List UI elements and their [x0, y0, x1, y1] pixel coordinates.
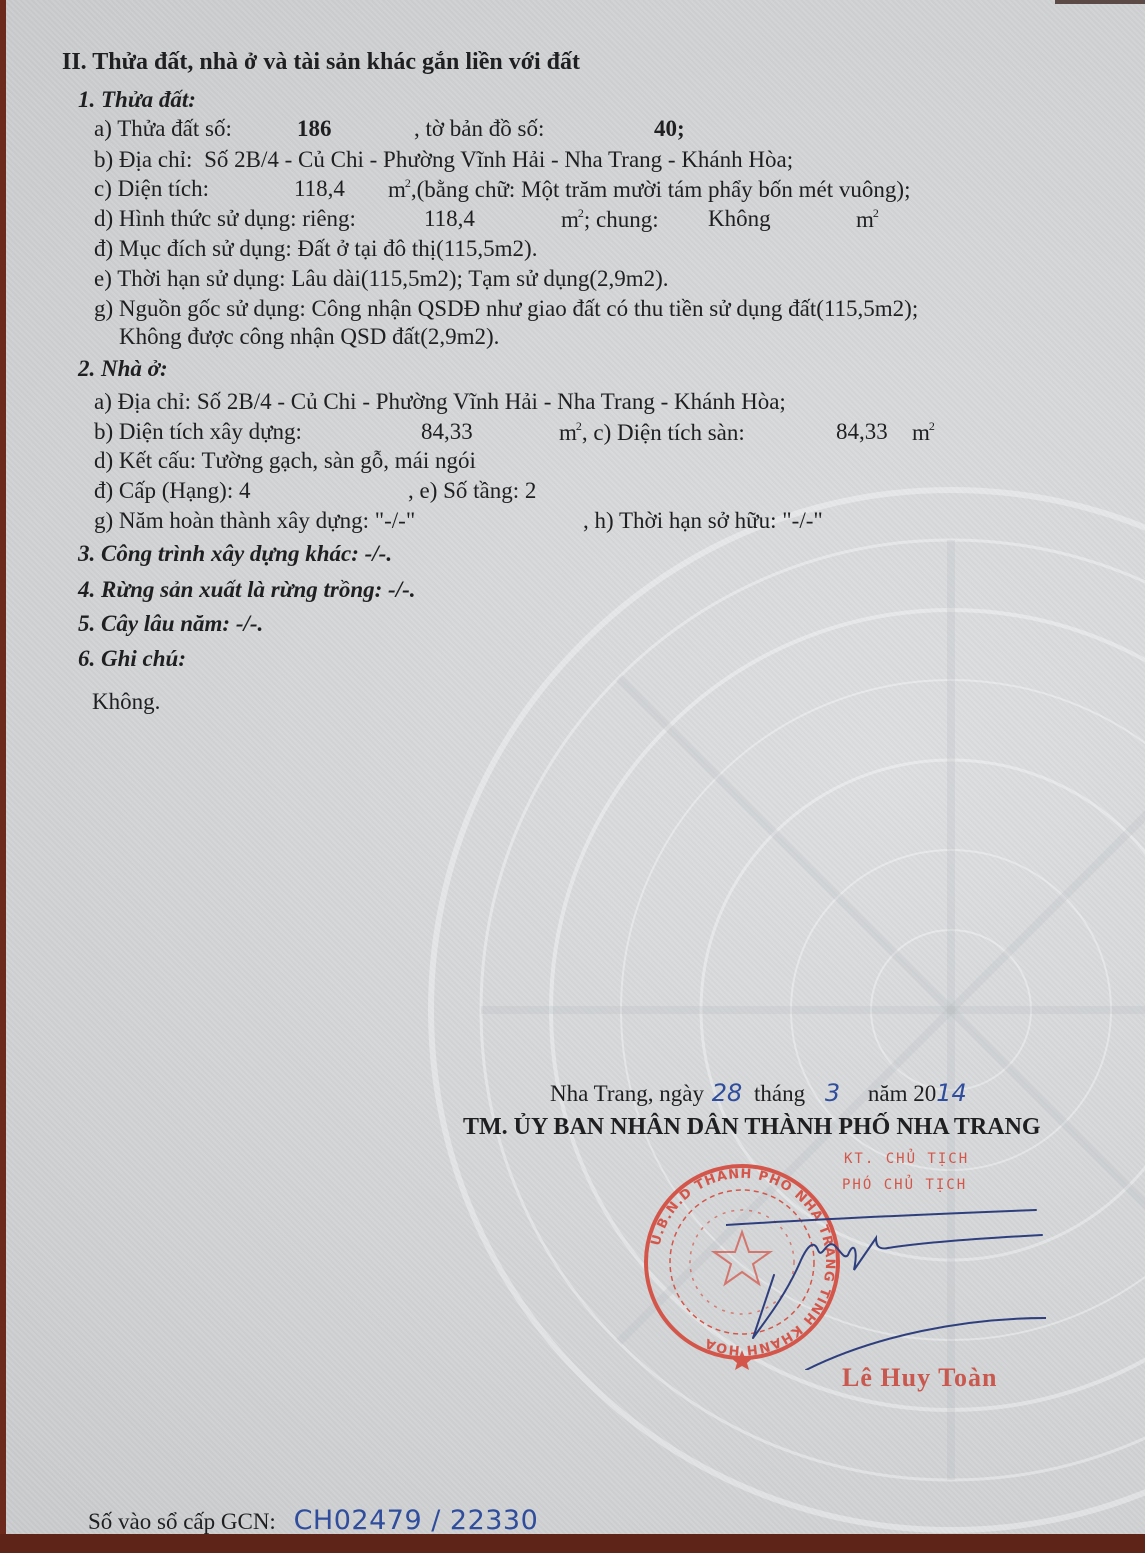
signer-title-line1: KT. CHỦ TỊCH — [844, 1152, 969, 1166]
map-sheet-label: , tờ bản đồ số: — [414, 117, 544, 140]
certificate-page: II. Thửa đất, nhà ở và tài sản khác gắn … — [6, 0, 1145, 1534]
completion-row: g) Năm hoàn thành xây dựng: "-/-" , h) T… — [94, 509, 415, 532]
house-floors: , e) Số tầng: 2 — [408, 479, 536, 502]
house-area-row: b) Diện tích xây dựng: 84,33 m2, c) Diện… — [94, 420, 302, 443]
usage-common-value: Không — [708, 207, 771, 230]
floor-area-label: , c) Diện tích sàn: — [582, 420, 745, 445]
date-year-label: năm 20 — [868, 1081, 936, 1106]
usage-common-group: m2; chung: — [561, 207, 659, 231]
ownership-term: , h) Thời hạn sở hữu: "-/-" — [583, 509, 823, 532]
land-area-value: 118,4 — [294, 177, 345, 200]
house-grade: đ) Cấp (Hạng): 4 — [94, 478, 251, 503]
section-title: II. Thửa đất, nhà ở và tài sản khác gắn … — [62, 50, 580, 74]
land-origin-line1: g) Nguồn gốc sử dụng: Công nhận QSDĐ như… — [94, 297, 918, 320]
parcel-label: a) Thửa đất số: — [94, 116, 232, 141]
perennial-trees: 5. Cây lâu năm: -/-. — [78, 612, 263, 635]
registry-row: Số vào sổ cấp GCN: CH02479 / 22330 — [88, 1507, 538, 1534]
floor-area-value: 84,33 — [836, 420, 888, 443]
land-address-value: Số 2B/4 - Củ Chi - Phường Vĩnh Hải - Nha… — [204, 147, 793, 172]
issuing-authority: TM. ỦY BAN NHÂN DÂN THÀNH PHỐ NHA TRANG — [463, 1115, 1041, 1139]
land-area-words: ,(bằng chữ: Một trăm mười tám phẩy bốn m… — [411, 177, 911, 202]
house-address: a) Địa chỉ: Số 2B/4 - Củ Chi - Phường Vĩ… — [94, 390, 786, 413]
notes-heading: 6. Ghi chú: — [78, 647, 186, 670]
registry-label: Số vào sổ cấp GCN: — [88, 1509, 276, 1534]
background-edge — [1055, 0, 1145, 4]
date-year-suffix: 14 — [936, 1079, 967, 1107]
signature-icon — [726, 1200, 1046, 1370]
parcel-row: a) Thửa đất số: 186 , tờ bản đồ số: 40; — [94, 117, 232, 140]
land-area-label: c) Diện tích: — [94, 176, 209, 201]
land-address-row: b) Địa chỉ: Số 2B/4 - Củ Chi - Phường Vĩ… — [94, 148, 793, 171]
grade-floors-row: đ) Cấp (Hạng): 4 , e) Số tầng: 2 — [94, 479, 251, 502]
house-completion: g) Năm hoàn thành xây dựng: "-/-" — [94, 508, 415, 533]
registry-number: CH02479 / 22330 — [294, 1505, 539, 1534]
usage-private-value: 118,4 — [424, 207, 475, 230]
date-month: 3 — [825, 1079, 840, 1107]
land-purpose: đ) Mục đích sử dụng: Đất ở tại đô thị(11… — [94, 237, 537, 260]
signer-title-line2: PHÓ CHỦ TỊCH — [842, 1178, 967, 1192]
signer-name: Lê Huy Toàn — [842, 1365, 998, 1391]
usage-common-label: ; chung: — [584, 207, 659, 232]
land-area-row: c) Diện tích: 118,4 m2,(bằng chữ: Một tr… — [94, 177, 209, 200]
date-prefix: Nha Trang, ngày — [550, 1081, 704, 1106]
notes-value: Không. — [92, 690, 160, 713]
build-area-value: 84,33 — [421, 420, 473, 443]
floor-area-group: m2, c) Diện tích sàn: — [559, 420, 745, 444]
land-address-label: b) Địa chỉ: — [94, 147, 192, 172]
floor-area-unit: m2 — [912, 420, 935, 444]
date-month-label: tháng — [754, 1081, 805, 1106]
land-origin-line2: Không được công nhận QSD đất(2,9m2). — [119, 325, 499, 348]
issue-date: Nha Trang, ngày 28 tháng 3 năm 2014 — [550, 1081, 967, 1105]
house-structure: d) Kết cấu: Tường gạch, sàn gỗ, mái ngói — [94, 449, 476, 472]
house-heading: 2. Nhà ở: — [78, 357, 168, 380]
land-heading: 1. Thửa đất: — [78, 88, 196, 111]
production-forest: 4. Rừng sản xuất là rừng trồng: -/-. — [78, 578, 416, 601]
date-day: 28 — [712, 1079, 743, 1107]
map-sheet-number: 40; — [654, 117, 685, 140]
usage-form-row: d) Hình thức sử dụng: riêng: 118,4 m2; c… — [94, 207, 356, 230]
parcel-number: 186 — [297, 117, 332, 140]
land-area-unit: m2,(bằng chữ: Một trăm mười tám phẩy bốn… — [388, 177, 910, 201]
land-term: e) Thời hạn sử dụng: Lâu dài(115,5m2); T… — [94, 267, 669, 290]
usage-common-unit: m2 — [856, 207, 879, 231]
drum-watermark-icon — [401, 460, 1145, 1534]
other-works: 3. Công trình xây dựng khác: -/-. — [78, 542, 392, 565]
usage-form-label: d) Hình thức sử dụng: riêng: — [94, 206, 356, 231]
background-edge-bottom — [0, 1534, 1145, 1553]
build-area-label: b) Diện tích xây dựng: — [94, 419, 302, 444]
